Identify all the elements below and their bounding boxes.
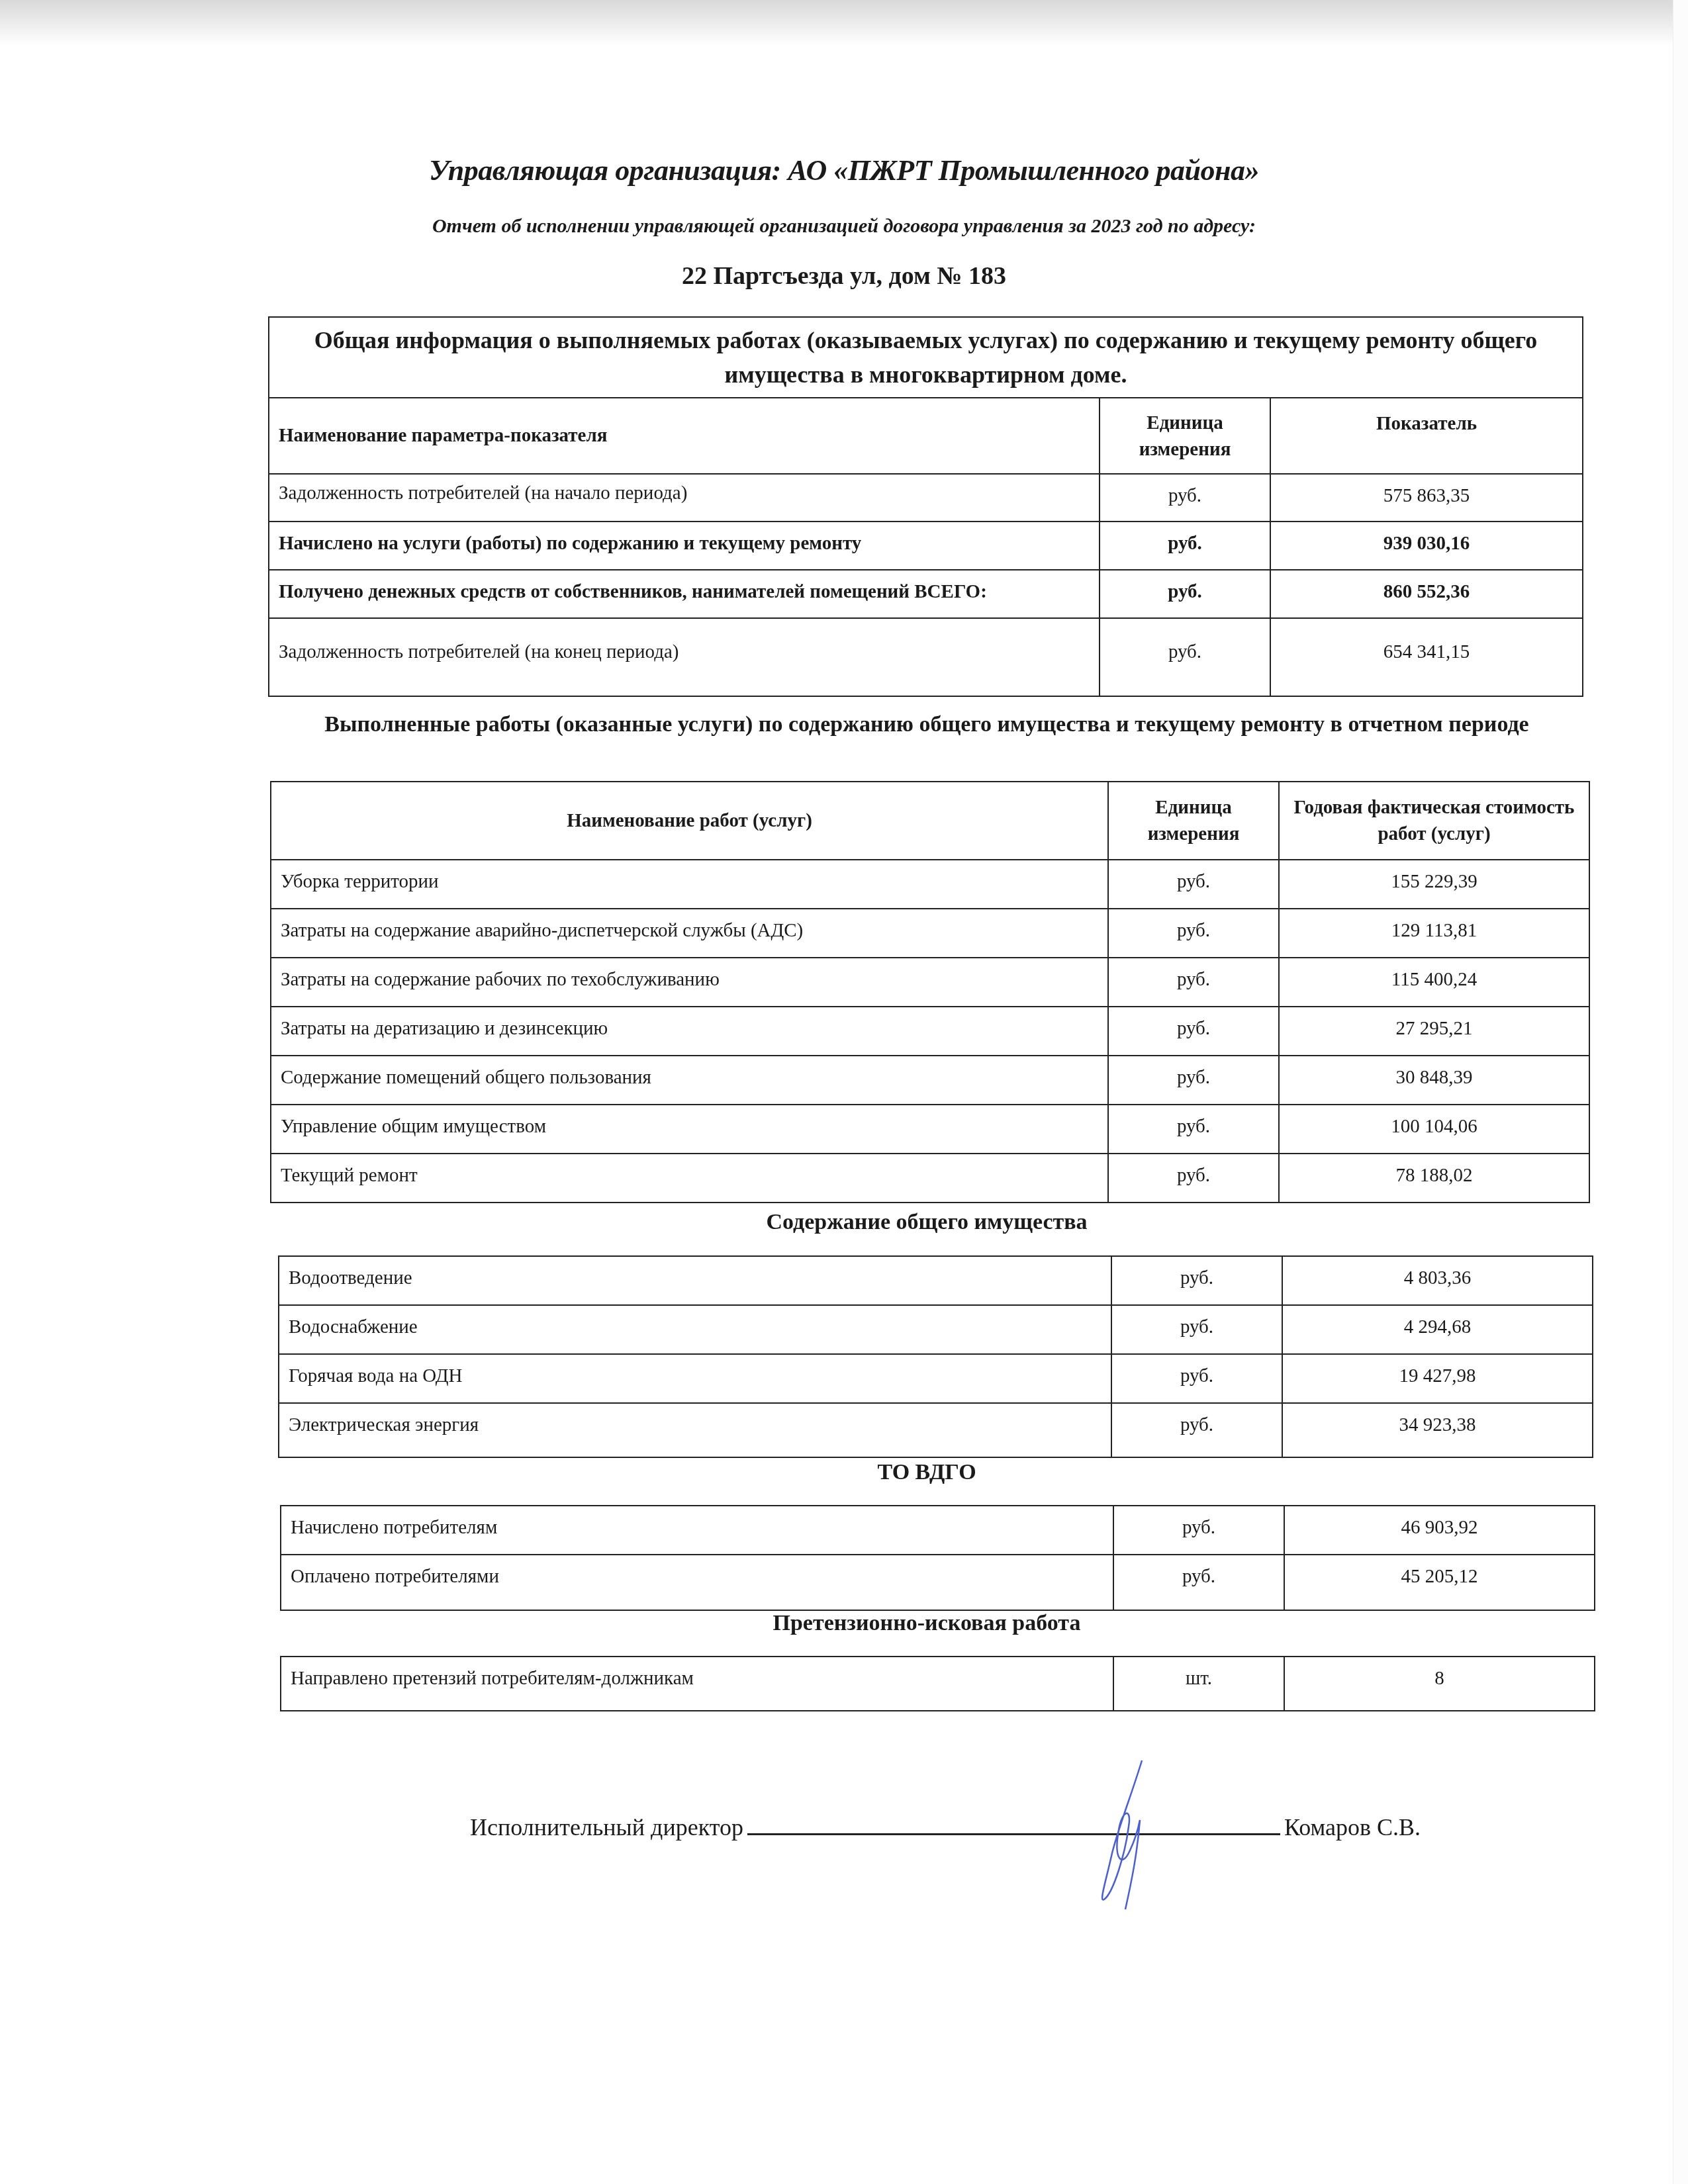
row-value: 30 848,39 xyxy=(1279,1056,1589,1105)
table-row: Затраты на содержание аварийно-диспетчер… xyxy=(271,909,1589,958)
table-row: Управление общим имуществом руб. 100 104… xyxy=(271,1105,1589,1154)
row-value: 4 803,36 xyxy=(1282,1256,1593,1305)
row-value: 8 xyxy=(1284,1657,1595,1711)
scan-edge xyxy=(1673,0,1688,2184)
general-info-table: Общая информация о выполняемых работах (… xyxy=(268,316,1583,697)
signatory-name: Комаров С.В. xyxy=(1284,1814,1421,1841)
organization-title: Управляющая организация: АО «ПЖРТ Промыш… xyxy=(0,154,1688,187)
row-value: 575 863,35 xyxy=(1270,474,1583,522)
row-name: Задолженность потребителей (на конец пер… xyxy=(269,618,1100,696)
claims-table: Направлено претензий потребителям-должни… xyxy=(280,1656,1595,1711)
row-name: Уборка территории xyxy=(271,860,1108,909)
row-name: Оплачено потребителями xyxy=(281,1555,1113,1610)
row-unit: руб. xyxy=(1113,1555,1284,1610)
row-name: Направлено претензий потребителям-должни… xyxy=(281,1657,1113,1711)
row-unit: руб. xyxy=(1111,1256,1282,1305)
row-value: 860 552,36 xyxy=(1270,570,1583,618)
row-value: 4 294,68 xyxy=(1282,1305,1593,1354)
handwritten-signature-icon xyxy=(1066,1754,1185,1919)
general-info-caption: Общая информация о выполняемых работах (… xyxy=(269,317,1583,398)
signatory-position: Исполнительный директор xyxy=(470,1814,743,1841)
table-row: Затраты на содержание рабочих по техобсл… xyxy=(271,958,1589,1007)
common-property-section-title: Содержание общего имущества xyxy=(265,1206,1589,1239)
row-unit: руб. xyxy=(1113,1506,1284,1555)
row-name: Начислено на услуги (работы) по содержан… xyxy=(269,522,1100,570)
row-name: Управление общим имуществом xyxy=(271,1105,1108,1154)
row-unit: руб. xyxy=(1111,1403,1282,1457)
table-row: Получено денежных средств от собственник… xyxy=(269,570,1583,618)
row-unit: руб. xyxy=(1108,958,1279,1007)
row-name: Затраты на содержание рабочих по техобсл… xyxy=(271,958,1108,1007)
table-row: Электрическая энергия руб. 34 923,38 xyxy=(279,1403,1593,1457)
row-value: 78 188,02 xyxy=(1279,1154,1589,1203)
table-row: Начислено на услуги (работы) по содержан… xyxy=(269,522,1583,570)
row-unit: руб. xyxy=(1108,860,1279,909)
table-row: Задолженность потребителей (на конец пер… xyxy=(269,618,1583,696)
row-value: 100 104,06 xyxy=(1279,1105,1589,1154)
row-name: Горячая вода на ОДН xyxy=(279,1354,1111,1403)
row-value: 46 903,92 xyxy=(1284,1506,1595,1555)
claims-section-title: Претензионно-исковая работа xyxy=(265,1607,1589,1640)
row-value: 19 427,98 xyxy=(1282,1354,1593,1403)
table-row: Водоотведение руб. 4 803,36 xyxy=(279,1256,1593,1305)
table-row: Горячая вода на ОДН руб. 19 427,98 xyxy=(279,1354,1593,1403)
row-unit: шт. xyxy=(1113,1657,1284,1711)
works-section-title: Выполненные работы (оказанные услуги) по… xyxy=(265,708,1589,741)
row-unit: руб. xyxy=(1100,570,1270,618)
row-unit: руб. xyxy=(1108,909,1279,958)
row-name: Получено денежных средств от собственник… xyxy=(269,570,1100,618)
row-unit: руб. xyxy=(1100,522,1270,570)
table-row: Оплачено потребителями руб. 45 205,12 xyxy=(281,1555,1595,1610)
vdgo-section-title: ТО ВДГО xyxy=(265,1456,1589,1489)
row-value: 45 205,12 xyxy=(1284,1555,1595,1610)
table-row: Уборка территории руб. 155 229,39 xyxy=(271,860,1589,909)
row-unit: руб. xyxy=(1108,1056,1279,1105)
table-row: Задолженность потребителей (на начало пе… xyxy=(269,474,1583,522)
row-name: Электрическая энергия xyxy=(279,1403,1111,1457)
row-value: 129 113,81 xyxy=(1279,909,1589,958)
building-address: 22 Партсъезда ул, дом № 183 xyxy=(0,261,1688,291)
row-name: Водоснабжение xyxy=(279,1305,1111,1354)
row-value: 27 295,21 xyxy=(1279,1007,1589,1056)
row-unit: руб. xyxy=(1100,618,1270,696)
column-header-annual-cost: Годовая фактическая стоимость работ (усл… xyxy=(1279,782,1589,860)
column-header-parameter: Наименование параметра-показателя xyxy=(269,398,1100,474)
table-row: Содержание помещений общего пользования … xyxy=(271,1056,1589,1105)
row-unit: руб. xyxy=(1108,1154,1279,1203)
table-row: Водоснабжение руб. 4 294,68 xyxy=(279,1305,1593,1354)
row-value: 155 229,39 xyxy=(1279,860,1589,909)
column-header-unit: Единица измерения xyxy=(1108,782,1279,860)
row-name: Затраты на дератизацию и дезинсекцию xyxy=(271,1007,1108,1056)
row-unit: руб. xyxy=(1108,1007,1279,1056)
column-header-indicator: Показатель xyxy=(1270,398,1583,474)
row-name: Водоотведение xyxy=(279,1256,1111,1305)
column-header-unit: Единица измерения xyxy=(1100,398,1270,474)
row-value: 654 341,15 xyxy=(1270,618,1583,696)
report-subtitle: Отчет об исполнении управляющей организа… xyxy=(0,215,1688,238)
row-name: Начислено потребителям xyxy=(281,1506,1113,1555)
vdgo-table: Начислено потребителям руб. 46 903,92 Оп… xyxy=(280,1505,1595,1611)
row-unit: руб. xyxy=(1111,1305,1282,1354)
row-value: 939 030,16 xyxy=(1270,522,1583,570)
signature-block: Исполнительный директорКомаров С.В. xyxy=(470,1813,1421,1841)
works-table: Наименование работ (услуг) Единица измер… xyxy=(270,781,1590,1203)
signature-line xyxy=(747,1813,1280,1835)
row-name: Задолженность потребителей (на начало пе… xyxy=(269,474,1100,522)
row-value: 34 923,38 xyxy=(1282,1403,1593,1457)
common-property-table: Водоотведение руб. 4 803,36 Водоснабжени… xyxy=(278,1255,1593,1458)
row-value: 115 400,24 xyxy=(1279,958,1589,1007)
row-unit: руб. xyxy=(1111,1354,1282,1403)
scan-shadow xyxy=(0,0,1673,46)
table-row: Направлено претензий потребителям-должни… xyxy=(281,1657,1595,1711)
column-header-work-name: Наименование работ (услуг) xyxy=(271,782,1108,860)
table-row: Текущий ремонт руб. 78 188,02 xyxy=(271,1154,1589,1203)
row-name: Текущий ремонт xyxy=(271,1154,1108,1203)
row-name: Затраты на содержание аварийно-диспетчер… xyxy=(271,909,1108,958)
table-row: Затраты на дератизацию и дезинсекцию руб… xyxy=(271,1007,1589,1056)
row-unit: руб. xyxy=(1108,1105,1279,1154)
row-unit: руб. xyxy=(1100,474,1270,522)
table-row: Начислено потребителям руб. 46 903,92 xyxy=(281,1506,1595,1555)
row-name: Содержание помещений общего пользования xyxy=(271,1056,1108,1105)
